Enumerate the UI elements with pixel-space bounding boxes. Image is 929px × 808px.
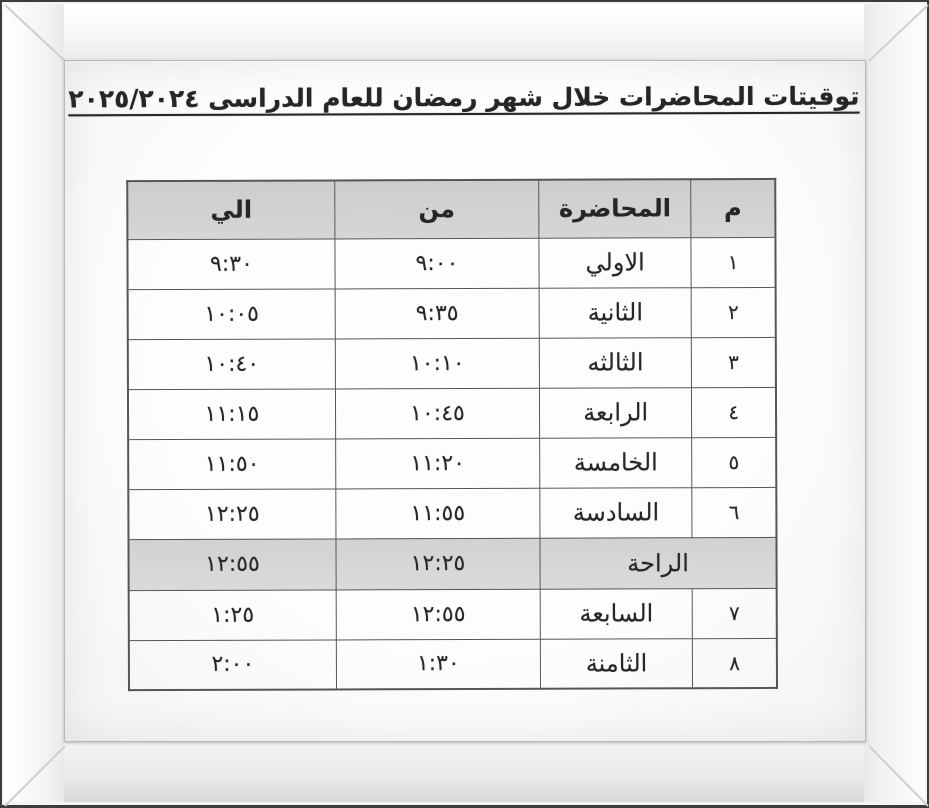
cell-index: ٧ (692, 588, 776, 638)
table-row: ٥ الخامسة ١١:٢٠ ١١:٥٠ (128, 437, 776, 489)
cell-time-to: ١٢:٥٥ (128, 538, 336, 590)
header-from: من (335, 180, 539, 239)
frame-band-bottom (4, 742, 925, 802)
cell-break-label: الراحة (540, 537, 777, 589)
frame-band-left (4, 4, 64, 802)
frame-band-top (4, 4, 925, 60)
cell-index: ٢ (691, 287, 775, 337)
cell-time-from: ٩:٣٥ (335, 288, 539, 339)
cell-time-from: ١١:٢٠ (336, 438, 540, 489)
table-header-row: م المحاضرة من الي (127, 179, 775, 239)
cell-time-from: ١٠:٤٥ (335, 388, 539, 439)
cell-index: ٥ (692, 437, 776, 487)
cell-index: ٣ (692, 337, 776, 387)
cell-time-to: ١٠:٠٥ (128, 288, 336, 339)
header-index: م (691, 179, 775, 237)
cell-time-from: ٩:٠٠ (335, 238, 539, 289)
cell-lecture-name: الثانية (539, 287, 691, 338)
frame-band-right (864, 4, 925, 802)
cell-time-from: ١٢:٥٥ (336, 589, 540, 640)
cell-lecture-name: السابعة (540, 588, 692, 639)
cell-time-to: ١١:١٥ (128, 388, 336, 439)
header-lecture: المحاضرة (539, 179, 691, 238)
cell-time-to: ١٢:٢٥ (128, 488, 336, 539)
cell-index: ١ (691, 237, 775, 287)
cell-index: ٨ (693, 638, 777, 688)
header-to: الي (127, 180, 335, 239)
table-row: ٦ السادسة ١١:٥٥ ١٢:٢٥ (128, 487, 776, 539)
scanned-document-photo: توقيتات المحاضرات خلال شهر رمضان للعام ا… (64, 60, 866, 742)
cell-time-to: ١٠:٤٠ (128, 338, 336, 389)
cell-time-to: ٢:٠٠ (129, 639, 337, 690)
picture-frame: توقيتات المحاضرات خلال شهر رمضان للعام ا… (0, 0, 929, 808)
break-row: الراحة ١٢:٢٥ ١٢:٥٥ (128, 537, 776, 590)
cell-time-to: ١١:٥٠ (128, 438, 336, 489)
document-content: توقيتات المحاضرات خلال شهر رمضان للعام ا… (64, 60, 866, 743)
cell-lecture-name: الثالثه (539, 337, 691, 388)
cell-time-from: ١٠:١٠ (335, 338, 539, 389)
cell-index: ٦ (692, 487, 776, 537)
cell-time-to: ١:٢٥ (129, 589, 337, 640)
table-row: ٣ الثالثه ١٠:١٠ ١٠:٤٠ (128, 337, 776, 389)
cell-time-from: ١١:٥٥ (336, 488, 540, 539)
cell-lecture-name: الخامسة (540, 437, 692, 488)
cell-time-from: ١:٣٠ (336, 639, 540, 690)
cell-lecture-name: الاولي (539, 237, 691, 288)
cell-lecture-name: الرابعة (539, 387, 691, 438)
lecture-times-table: م المحاضرة من الي ١ الاولي ٩:٠٠ ٩:٣٠ ٢ (126, 178, 778, 691)
cell-lecture-name: السادسة (540, 487, 692, 538)
document-title: توقيتات المحاضرات خلال شهر رمضان للعام ا… (64, 82, 864, 114)
cell-time-from: ١٢:٢٥ (336, 538, 540, 590)
table-row: ٤ الرابعة ١٠:٤٥ ١١:١٥ (128, 387, 776, 439)
cell-lecture-name: الثامنة (540, 638, 692, 689)
table-row: ٧ السابعة ١٢:٥٥ ١:٢٥ (129, 588, 777, 640)
cell-time-to: ٩:٣٠ (127, 238, 335, 289)
cell-index: ٤ (692, 387, 776, 437)
table-row: ٢ الثانية ٩:٣٥ ١٠:٠٥ (128, 287, 776, 339)
table-row: ١ الاولي ٩:٠٠ ٩:٣٠ (127, 237, 775, 289)
table-row: ٨ الثامنة ١:٣٠ ٢:٠٠ (129, 638, 777, 690)
